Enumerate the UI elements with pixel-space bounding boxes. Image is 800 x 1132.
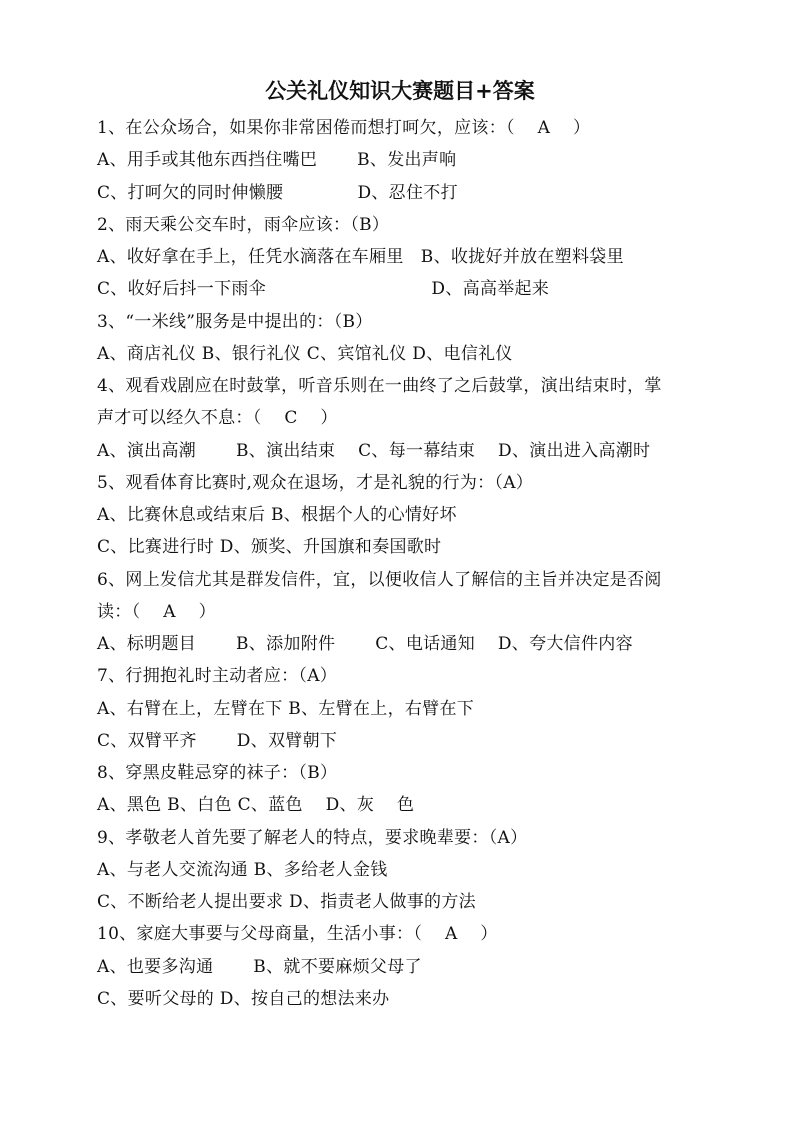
question-4-options: A、演出高潮 B、演出结束 C、每一幕结束 D、演出进入高潮时 [97,435,717,467]
question-4-stem: 4、观看戏剧应在时鼓掌，听音乐则在一曲终了之后鼓掌，演出结束时，掌 [97,370,717,402]
question-1-options-cd: C、打呵欠的同时伸懒腰 D、忍住不打 [97,177,717,209]
question-7-options-ab: A、右臂在上，左臂在下 B、左臂在上，右臂在下 [97,693,717,725]
document-title: 公关礼仪知识大赛题目+答案 [0,76,800,106]
question-6-stem-cont: 读：（ A ） [97,596,717,628]
question-list: 1、在公众场合，如果你非常困倦而想打呵欠，应该：（ A ） A、用手或其他东西挡… [97,112,717,1015]
question-10-options-cd: C、要听父母的 D、按自己的想法来办 [97,983,717,1015]
question-10-options-ab: A、也要多沟通 B、就不要麻烦父母了 [97,951,717,983]
question-4-stem-cont: 声才可以经久不息：（ C ） [97,402,717,434]
question-10-stem: 10、家庭大事要与父母商量，生活小事：（ A ） [97,918,717,950]
question-6-stem: 6、网上发信尤其是群发信件，宜，以便收信人了解信的主旨并决定是否阅 [97,564,717,596]
question-8-stem: 8、穿黑皮鞋忌穿的袜子：（B） [97,757,717,789]
question-9-options-cd: C、不断给老人提出要求 D、指责老人做事的方法 [97,886,717,918]
document-page: 公关礼仪知识大赛题目+答案 1、在公众场合，如果你非常困倦而想打呵欠，应该：（ … [0,0,800,1132]
question-2-options-ab: A、收好拿在手上，任凭水滴落在车厢里 B、收拢好并放在塑料袋里 [97,241,717,273]
question-7-options-cd: C、双臂平齐 D、双臂朝下 [97,725,717,757]
question-8-options: A、黑色 B、白色 C、蓝色 D、灰 色 [97,789,717,821]
question-1-stem: 1、在公众场合，如果你非常困倦而想打呵欠，应该：（ A ） [97,112,717,144]
question-1-options-ab: A、用手或其他东西挡住嘴巴 B、发出声响 [97,144,717,176]
question-9-stem: 9、孝敬老人首先要了解老人的特点，要求晚辈要：（A） [97,822,717,854]
question-5-options-ab: A、比赛休息或结束后 B、根据个人的心情好坏 [97,499,717,531]
question-5-stem: 5、观看体育比赛时,观众在退场，才是礼貌的行为：（A） [97,467,717,499]
question-2-options-cd: C、收好后抖一下雨伞 D、高高举起来 [97,273,717,305]
question-3-stem: 3、“一米线”服务是中提出的：（B） [97,306,717,338]
question-3-options: A、商店礼仪 B、银行礼仪 C、宾馆礼仪 D、电信礼仪 [97,338,717,370]
question-9-options-ab: A、与老人交流沟通 B、多给老人金钱 [97,854,717,886]
question-6-options: A、标明题目 B、添加附件 C、电话通知 D、夸大信件内容 [97,628,717,660]
question-7-stem: 7、行拥抱礼时主动者应：（A） [97,660,717,692]
question-2-stem: 2、雨天乘公交车时，雨伞应该：（B） [97,209,717,241]
question-5-options-cd: C、比赛进行时 D、颁奖、升国旗和奏国歌时 [97,531,717,563]
